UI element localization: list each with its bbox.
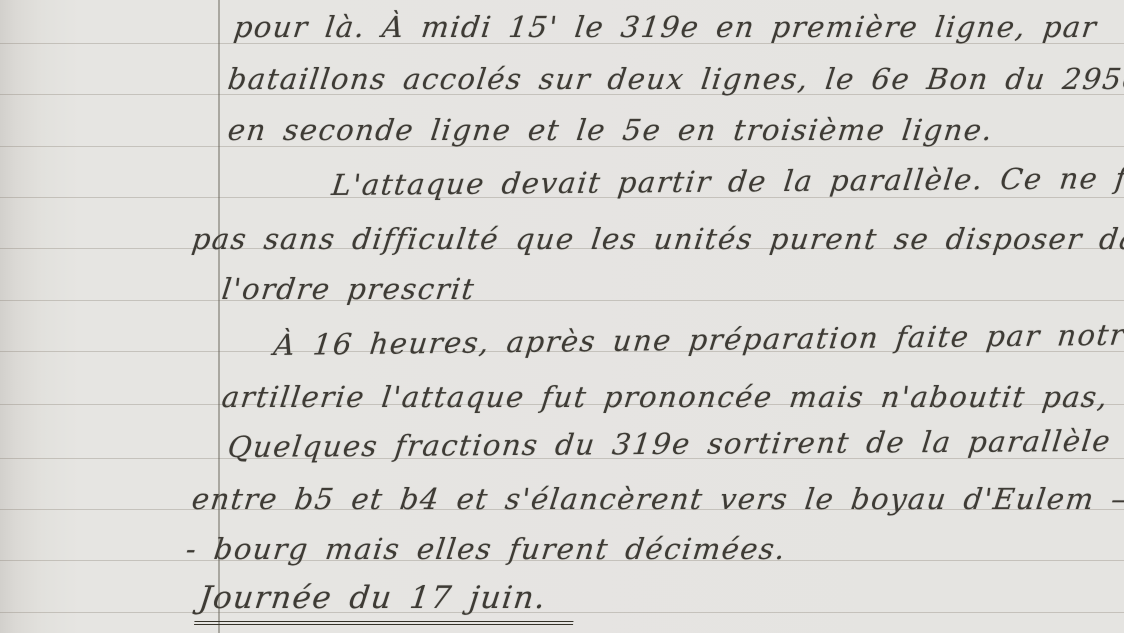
handwritten-line-9: Quelques fractions du 319e sortirent de … xyxy=(226,424,1113,464)
handwritten-line-2: bataillons accolés sur deux lignes, le 6… xyxy=(226,62,1124,96)
handwritten-line-1: pour là. À midi 15' le 319e en première … xyxy=(232,10,1099,44)
handwritten-line-4: L'attaque devait partir de la parallèle.… xyxy=(330,161,1124,202)
handwritten-line-7: À 16 heures, après une préparation faite… xyxy=(272,317,1124,362)
handwritten-line-6: l'ordre prescrit xyxy=(220,272,477,306)
handwritten-line-3: en seconde ligne et le 5e en troisième l… xyxy=(226,113,995,147)
handwritten-line-11: - bourg mais elles furent décimées. xyxy=(184,532,788,566)
section-heading-journee-du-17-juin: Journée du 17 juin. xyxy=(194,580,579,625)
scanned-journal-page: pour là. À midi 15' le 319e en première … xyxy=(0,0,1124,633)
handwritten-line-10: entre b5 et b4 et s'élancèrent vers le b… xyxy=(190,482,1124,516)
handwritten-line-5: pas sans difficulté que les unités puren… xyxy=(190,222,1124,256)
handwritten-line-8: artillerie l'attaque fut prononcée mais … xyxy=(220,380,1111,414)
ruled-line xyxy=(0,300,1124,301)
